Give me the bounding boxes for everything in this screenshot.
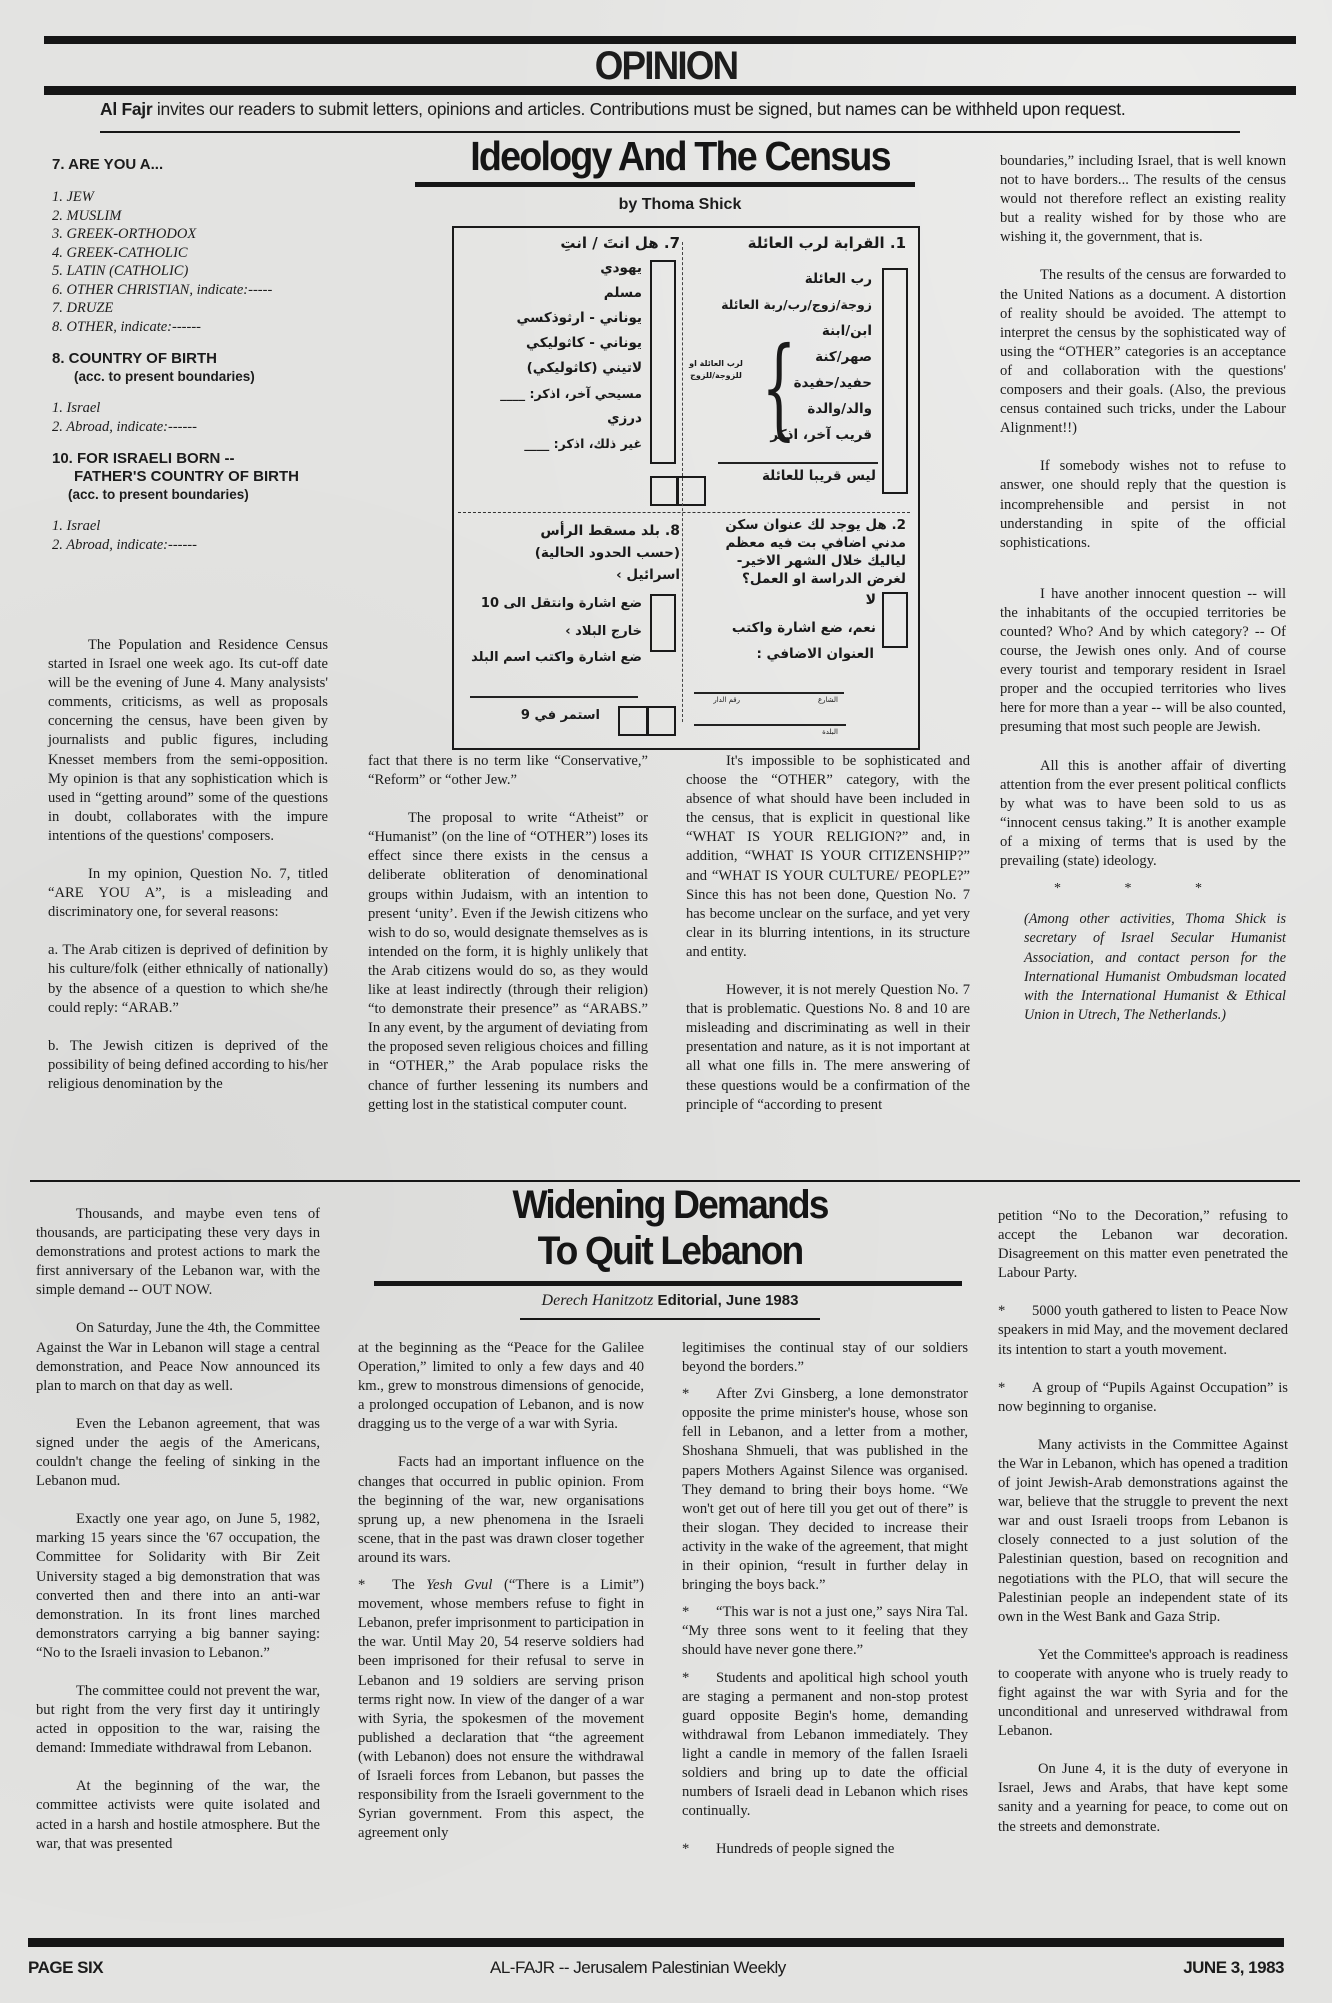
paragraph: fact that there is no term like “Conserv… <box>368 752 648 790</box>
form-q2-address-label: العنوان الاضافي : <box>756 646 874 662</box>
section-title: OPINION <box>53 44 1278 88</box>
notice-text: invites our readers to submit letters, o… <box>152 99 1125 119</box>
paragraph: Thousands, and maybe even tens of thousa… <box>36 1205 320 1300</box>
form-q7-option: لاتيني (كاثوليكي) <box>462 356 642 381</box>
text: The <box>392 1577 426 1593</box>
q7-option: 1. JEW <box>52 188 352 207</box>
census-form-image: 1. القرابة لرب العائلة رب العائلة زوجة/ز… <box>452 226 920 750</box>
form-q8-question: 8. بلد مسقط الرأس (حسب الحدود الحالية) ا… <box>470 520 680 586</box>
paragraph: The committee could not prevent the war,… <box>36 1682 320 1758</box>
form-q2-house: رقم الدار <box>713 696 740 704</box>
paragraph: The proposal to write “Atheist” or “Huma… <box>368 809 648 1115</box>
paragraph: I have another innocent question -- will… <box>1000 585 1286 738</box>
article1-column-2: fact that there is no term like “Conserv… <box>368 752 648 1115</box>
form-q8-option: خارج البلاد › <box>565 624 642 639</box>
q7-option: 6. OTHER CHRISTIAN, indicate:----- <box>52 281 352 300</box>
form-q2-city: البلدة <box>822 728 838 736</box>
byline-type: Editorial, June 1983 <box>653 1292 798 1309</box>
q10-subtitle: (acc. to present boundaries) <box>52 486 352 503</box>
form-q1-option: زوجة/زوج/رب/ربة العائلة <box>672 292 872 318</box>
issue-date: JUNE 3, 1983 <box>1183 1958 1284 1978</box>
q8-option: 2. Abroad, indicate:------ <box>52 418 352 437</box>
form-code-box-2-divider <box>646 706 649 734</box>
article2-byline: Derech Hanitzotz Editorial, June 1983 <box>370 1291 970 1310</box>
form-q1-option: رب العائلة <box>672 266 872 292</box>
movement-name: Yesh Gvul <box>426 1577 492 1593</box>
form-q7-option: يوناني - كاثوليكي <box>462 331 642 356</box>
article2-headline-line1: Widening Demands <box>391 1182 949 1228</box>
bullet-star: * <box>682 1669 716 1688</box>
form-q7-option: مسلم <box>462 281 642 306</box>
q7-option: 7. DRUZE <box>52 299 352 318</box>
form-q2-line: مدني اضافي بت فيه معظم <box>696 534 906 552</box>
form-q8-continue: استمر في 9 <box>521 708 600 723</box>
form-q8-answer-box <box>650 594 676 652</box>
form-q7-option: درزي <box>462 406 642 431</box>
form-q8-option: ضع اشارة وانتقل الى 10 <box>481 596 642 611</box>
byline: by Thoma Shick <box>400 196 960 214</box>
text: (“There is a Limit”) movement, whose mem… <box>358 1577 644 1841</box>
article2-column-4: petition “No to the Decoration,” refusin… <box>998 1207 1288 1837</box>
form-vertical-divider <box>682 242 683 722</box>
form-q7-option: يهودي <box>462 256 642 281</box>
text: Students and apolitical high school yout… <box>682 1670 968 1820</box>
form-q7-title: 7. هل انتَ / انتِ <box>560 234 680 252</box>
text: Hundreds of people signed the <box>716 1841 894 1857</box>
text: 5000 youth gathered to listen to Peace N… <box>998 1303 1288 1357</box>
bullet-star: * <box>358 1576 392 1595</box>
paragraph: All this is another affair of diverting … <box>1000 757 1286 872</box>
section-separator: * * * <box>1000 879 1286 898</box>
paragraph: On June 4, it is the duty of everyone in… <box>998 1760 1288 1836</box>
form-q7-options: يهودي مسلم يوناني - ارثوذكسي يوناني - كا… <box>462 256 642 456</box>
form-q8-line: 8. بلد مسقط الرأس <box>470 520 680 542</box>
article2-headline-line2: To Quit Lebanon <box>391 1228 949 1274</box>
text: A group of “Pupils Against Occupation” i… <box>998 1380 1288 1415</box>
form-q1-bracket-note: لرب العائلة او للزوجة/للزوج <box>686 358 746 382</box>
q10-title: 10. FOR ISRAELI BORN -- <box>52 450 352 468</box>
paragraph: Exactly one year ago, on June 5, 1982, m… <box>36 1510 320 1663</box>
submission-notice: Al Fajr invites our readers to submit le… <box>100 98 1250 120</box>
paragraph: At the beginning of the war, the committ… <box>36 1777 320 1853</box>
q8-subtitle: (acc. to present boundaries) <box>52 368 352 385</box>
paragraph: b. The Jewish citizen is deprived of the… <box>48 1037 328 1094</box>
paragraph: Even the Lebanon agreement, that was sig… <box>36 1415 320 1491</box>
form-q1-answer-box <box>882 268 908 494</box>
page-number: PAGE SIX <box>28 1958 103 1978</box>
q8-title: 8. COUNTRY OF BIRTH <box>52 350 352 368</box>
bullet-paragraph: *“This war is not a just one,” says Nira… <box>682 1603 968 1660</box>
headline-rule <box>415 182 915 187</box>
article-headline: Ideology And The Census <box>422 132 937 180</box>
paragraph: The Population and Residence Census star… <box>48 636 328 846</box>
footer-rule <box>28 1938 1284 1947</box>
paragraph: On Saturday, June the 4th, the Committee… <box>36 1319 320 1395</box>
publication-name: Al Fajr <box>100 99 152 119</box>
bullet-star: * <box>998 1379 1032 1398</box>
q7-option: 4. GREEK-CATHOLIC <box>52 244 352 263</box>
paragraph: Yet the Committee's approach is readines… <box>998 1646 1288 1741</box>
yesh-gvul-paragraph: *The Yesh Gvul (“There is a Limit”) move… <box>358 1576 644 1843</box>
form-q2-line: لياليك خلال الشهر الاخير- <box>696 552 906 570</box>
paragraph: Many activists in the Committee Against … <box>998 1436 1288 1627</box>
q10-title-2: FATHER'S COUNTRY OF BIRTH <box>52 468 352 486</box>
q10-option: 1. Israel <box>52 517 352 536</box>
census-questions-sidebar: 7. ARE YOU A... 1. JEW 2. MUSLIM 3. GREE… <box>52 156 352 554</box>
article1-column-4: boundaries,” including Israel, that is w… <box>1000 152 1286 1025</box>
text: “This war is not a just one,” says Nira … <box>682 1604 968 1658</box>
article2-headline-rule <box>374 1281 962 1286</box>
bullet-paragraph: *5000 youth gathered to listen to Peace … <box>998 1302 1288 1359</box>
masthead-rule <box>44 86 1296 95</box>
form-q8-line: (حسب الحدود الحالية) <box>470 542 680 564</box>
paragraph: The results of the census are forwarded … <box>1000 266 1286 438</box>
form-q7-option: غير ذلك، اذكر: ____ <box>462 431 642 456</box>
form-city-line <box>694 724 846 726</box>
paragraph: at the beginning as the “Peace for the G… <box>358 1339 644 1434</box>
q7-title: 7. ARE YOU A... <box>52 156 352 174</box>
bullet-star: * <box>682 1840 716 1859</box>
paragraph: It's impossible to be sophisticated and … <box>686 752 970 962</box>
form-q2-answer-box <box>882 592 908 648</box>
paragraph: If somebody wishes not to refuse to answ… <box>1000 457 1286 552</box>
bullet-paragraph: *Hundreds of people signed the <box>682 1840 968 1859</box>
q7-options: 1. JEW 2. MUSLIM 3. GREEK-ORTHODOX 4. GR… <box>52 188 352 336</box>
q8-options: 1. Israel 2. Abroad, indicate:------ <box>52 399 352 436</box>
byline-source: Derech Hanitzotz <box>542 1292 654 1309</box>
form-q2-yes: نعم، ضع اشارة واكتب <box>732 620 876 636</box>
form-q1-title: 1. القرابة لرب العائلة <box>748 234 906 252</box>
bullet-star: * <box>682 1385 716 1404</box>
newspaper-page: OPINION Al Fajr invites our readers to s… <box>0 0 1332 2003</box>
form-q2-street: الشارع <box>818 696 838 704</box>
article2-column-2: at the beginning as the “Peace for the G… <box>358 1339 644 1843</box>
author-bio: (Among other activities, Thoma Shick is … <box>1000 910 1286 1025</box>
paragraph: Facts had an important influence on the … <box>358 1453 644 1568</box>
bracket-icon: { <box>762 332 797 442</box>
form-q8-line: اسرائيل › <box>470 564 680 586</box>
bullet-paragraph: *A group of “Pupils Against Occupation” … <box>998 1379 1288 1417</box>
bullet-star: * <box>998 1302 1032 1321</box>
q7-option: 2. MUSLIM <box>52 207 352 226</box>
form-q2-question: 2. هل يوجد لك عنوان سكن مدني اضافي بت في… <box>696 516 906 588</box>
form-q8-option: ضع اشارة واكتب اسم البلد <box>471 650 642 665</box>
paragraph: legitimises the continual stay of our so… <box>682 1339 968 1377</box>
q7-option: 5. LATIN (CATHOLIC) <box>52 262 352 281</box>
byline-rule <box>520 1318 820 1320</box>
text: After Zvi Ginsberg, a lone demonstrator … <box>682 1386 968 1593</box>
form-code-box-divider <box>676 476 679 504</box>
form-q2-line: 2. هل يوجد لك عنوان سكن <box>696 516 906 534</box>
q8-option: 1. Israel <box>52 399 352 418</box>
form-divider <box>458 512 910 513</box>
article2-column-3: legitimises the continual stay of our so… <box>682 1339 968 1859</box>
article1-column-1: The Population and Residence Census star… <box>48 636 328 1094</box>
publication-footer: AL-FAJR -- Jerusalem Palestinian Weekly <box>490 1958 786 1978</box>
paragraph: boundaries,” including Israel, that is w… <box>1000 152 1286 247</box>
paragraph: petition “No to the Decoration,” refusin… <box>998 1207 1288 1283</box>
form-q7-option: يوناني - ارثوذكسي <box>462 306 642 331</box>
form-q2-no: لا <box>866 592 876 608</box>
form-rule <box>718 462 878 464</box>
form-q7-answer-box <box>650 260 676 464</box>
paragraph: a. The Arab citizen is deprived of defin… <box>48 941 328 1017</box>
q7-option: 3. GREEK-ORTHODOX <box>52 225 352 244</box>
article1-column-3: It's impossible to be sophisticated and … <box>686 752 970 1115</box>
paragraph: In my opinion, Question No. 7, titled “A… <box>48 865 328 922</box>
q7-option: 8. OTHER, indicate:------ <box>52 318 352 337</box>
form-q2-line: لغرض الدراسة او العمل؟ <box>696 570 906 588</box>
bullet-paragraph: *After Zvi Ginsberg, a lone demonstrator… <box>682 1385 968 1595</box>
form-country-line <box>470 696 638 698</box>
form-address-line <box>694 692 844 694</box>
form-q1-last: ليس قريبا للعائلة <box>762 468 876 484</box>
paragraph: However, it is not merely Question No. 7… <box>686 981 970 1115</box>
top-rule <box>44 36 1296 44</box>
article2-column-1: Thousands, and maybe even tens of thousa… <box>36 1205 320 1854</box>
bullet-star: * <box>682 1603 716 1622</box>
q10-option: 2. Abroad, indicate:------ <box>52 536 352 555</box>
q10-options: 1. Israel 2. Abroad, indicate:------ <box>52 517 352 554</box>
bullet-paragraph: *Students and apolitical high school you… <box>682 1669 968 1822</box>
form-q7-option: مسيحي آخر، اذكر: ____ <box>462 381 642 406</box>
